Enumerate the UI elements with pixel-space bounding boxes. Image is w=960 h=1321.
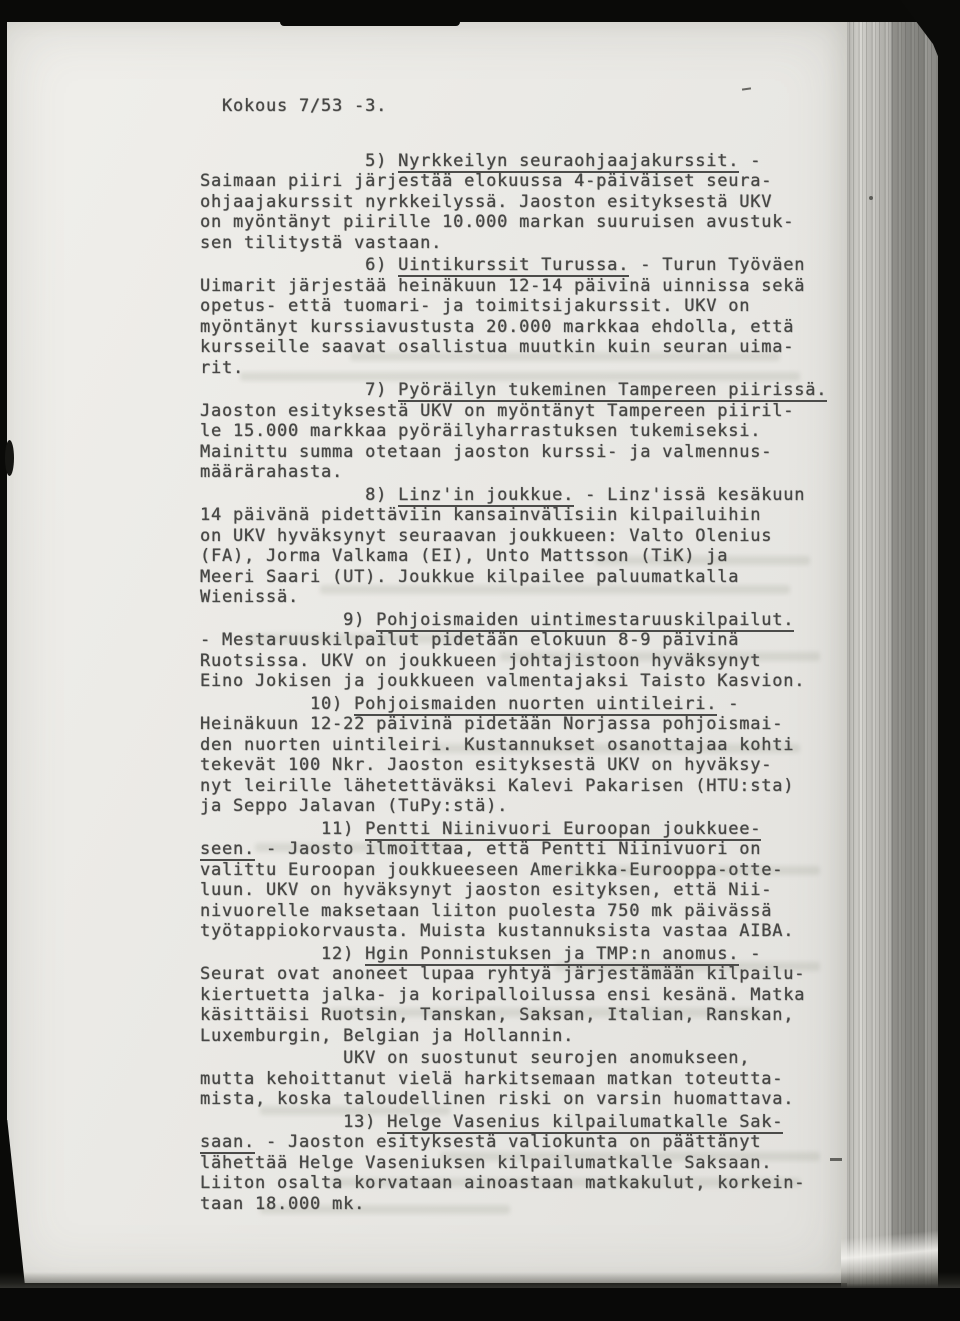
underlined-heading: Helge Vasenius kilpailumatkalle Sak- xyxy=(387,1112,783,1134)
text-line: 13) Helge Vasenius kilpailumatkalle Sak- xyxy=(200,1112,860,1133)
text-line: saan. - Jaoston esityksestä valiokunta o… xyxy=(200,1132,860,1153)
paragraph: 10) Pohjoismaiden nuorten uintileiri. -H… xyxy=(200,694,860,817)
text-line: le 15.000 markkaa pyöräilyharrastuksen t… xyxy=(200,421,860,442)
paragraph: 7) Pyöräilyn tukeminen Tampereen piiriss… xyxy=(200,380,860,483)
page-number-header: Kokous 7/53 -3. xyxy=(222,96,860,117)
text-line: Eino Jokisen ja joukkueen valmentajaksi … xyxy=(200,671,860,692)
text-line: UKV on suostunut seurojen anomukseen, xyxy=(200,1048,860,1069)
text-line: (FA), Jorma Valkama (EI), Unto Mattsson … xyxy=(200,546,860,567)
paragraph: 6) Uintikurssit Turussa. - Turun Työväen… xyxy=(200,255,860,378)
document-body: 5) Nyrkkeilyn seuraohjaajakurssit. -Saim… xyxy=(200,151,860,1215)
text-line: 10) Pohjoismaiden nuorten uintileiri. - xyxy=(200,694,860,715)
paragraph: 9) Pohjoismaiden uintimestaruuskilpailut… xyxy=(200,610,860,692)
text-line: opetus- että tuomari- ja toimitsijakurss… xyxy=(200,296,860,317)
text-line: mutta kehoittanut vielä harkitsemaan mat… xyxy=(200,1069,860,1090)
text-line: mista, koska taloudellinen riski on vars… xyxy=(200,1089,860,1110)
text-line: Jaoston esityksestä UKV on myöntänyt Tam… xyxy=(200,401,860,422)
text-line: kursseille saavat osallistua muutkin kui… xyxy=(200,337,860,358)
paragraph: 12) Hgin Ponnistuksen ja TMP:n anomus. -… xyxy=(200,944,860,1047)
text-line: käsittäisi Ruotsin, Tanskan, Saksan, Ita… xyxy=(200,1005,860,1026)
text-line: rit. xyxy=(200,358,860,379)
text-line: Liiton osalta korvataan ainoastaan matka… xyxy=(200,1173,860,1194)
text-line: on myöntänyt piirille 10.000 markan suur… xyxy=(200,212,860,233)
text-line: sen tilitystä vastaan. xyxy=(200,233,860,254)
underlined-heading: Pohjoismaiden nuorten uintileiri. xyxy=(354,694,717,716)
underlined-heading: Nyrkkeilyn seuraohjaajakurssit. xyxy=(398,151,739,173)
text-line: kiertuetta jalka- ja koripalloilussa ens… xyxy=(200,985,860,1006)
text-line: työtappiokorvausta. Muista kustannuksist… xyxy=(200,921,860,942)
scan-speck xyxy=(869,196,873,200)
underlined-heading: Linz'in joukkue. xyxy=(398,485,574,507)
text-line: Luxemburgin, Belgian ja Hollannin. xyxy=(200,1026,860,1047)
text-line: 6) Uintikurssit Turussa. - Turun Työväen xyxy=(200,255,860,276)
text-line: 11) Pentti Niinivuori Euroopan joukkuee- xyxy=(200,819,860,840)
text-line: myöntänyt kurssiavustusta 20.000 markkaa… xyxy=(200,317,860,338)
scan-border-top xyxy=(0,0,960,22)
underlined-heading: Hgin Ponnistuksen ja TMP:n anomus. xyxy=(365,944,739,966)
text-line: Uimarit järjestää heinäkuun 12-14 päivin… xyxy=(200,276,860,297)
text-line: Heinäkuun 12-22 päivinä pidetään Norjass… xyxy=(200,714,860,735)
text-line: seen. - Jaosto ilmoittaa, että Pentti Ni… xyxy=(200,839,860,860)
text-line: 12) Hgin Ponnistuksen ja TMP:n anomus. - xyxy=(200,944,860,965)
text-line: Ruotsissa. UKV on joukkueen johtajistoon… xyxy=(200,651,860,672)
text-line: 5) Nyrkkeilyn seuraohjaajakurssit. - xyxy=(200,151,860,172)
underlined-heading: Pohjoismaiden uintimestaruuskilpailut. xyxy=(376,610,794,632)
underlined-heading: saan. xyxy=(200,1132,255,1154)
text-line: - Mestaruuskilpailut pidetään elokuun 8-… xyxy=(200,630,860,651)
underlined-heading: Uintikurssit Turussa. xyxy=(398,255,629,277)
text-line: on UKV hyväksynyt seuraavan joukkueen: V… xyxy=(200,526,860,547)
text-line: Seurat ovat anoneet lupaa ryhtyä järjest… xyxy=(200,964,860,985)
text-line: Saimaan piiri järjestää elokuussa 4-päiv… xyxy=(200,171,860,192)
text-line: ja Seppo Jalavan (TuPy:stä). xyxy=(200,796,860,817)
text-line: 8) Linz'in joukkue. - Linz'issä kesäkuun xyxy=(200,485,860,506)
text-line: nyt leirille lähetettäväksi Kalevi Pakar… xyxy=(200,776,860,797)
text-line: valittu Euroopan joukkueeseen Amerikka-E… xyxy=(200,860,860,881)
paragraph: 5) Nyrkkeilyn seuraohjaajakurssit. -Saim… xyxy=(200,151,860,254)
underlined-heading: Pyöräilyn tukeminen Tampereen piirissä. xyxy=(398,380,827,402)
underlined-heading: Pentti Niinivuori Euroopan joukkuee- xyxy=(365,819,761,841)
paragraph: 13) Helge Vasenius kilpailumatkalle Sak-… xyxy=(200,1112,860,1215)
text-line: Mainittu summa otetaan jaoston kurssi- j… xyxy=(200,442,860,463)
text-line: määrärahasta. xyxy=(200,462,860,483)
text-line: nivuorelle maksetaan liiton puolesta 750… xyxy=(200,901,860,922)
text-line: lähettää Helge Vaseniuksen kilpailumatka… xyxy=(200,1153,860,1174)
typewritten-text: Kokous 7/53 -3. 5) Nyrkkeilyn seuraohjaa… xyxy=(200,96,860,1216)
text-line: ohjaajakurssit nyrkkeilyssä. Jaoston esi… xyxy=(200,192,860,213)
text-line: taan 18.000 mk. xyxy=(200,1194,860,1215)
text-line: 14 päivänä pidettäviin kansainvälisiin k… xyxy=(200,505,860,526)
text-line: Meeri Saari (UT). Joukkue kilpailee palu… xyxy=(200,567,860,588)
text-line: Wienissä. xyxy=(200,587,860,608)
text-line: luun. UKV on hyväksynyt jaoston esitykse… xyxy=(200,880,860,901)
paragraph: 11) Pentti Niinivuori Euroopan joukkuee-… xyxy=(200,819,860,942)
underlined-heading: seen. xyxy=(200,839,255,861)
paragraph: UKV on suostunut seurojen anomukseen,mut… xyxy=(200,1048,860,1110)
text-line: 9) Pohjoismaiden uintimestaruuskilpailut… xyxy=(200,610,860,631)
text-line: tekevät 100 Nkr. Jaoston esityksestä UKV… xyxy=(200,755,860,776)
paragraph: 8) Linz'in joukkue. - Linz'issä kesäkuun… xyxy=(200,485,860,608)
scan-speck xyxy=(830,1158,842,1161)
book-page-edges xyxy=(847,18,939,1294)
text-line: den nuorten uintileiri. Kustannukset osa… xyxy=(200,735,860,756)
scan-border-right xyxy=(938,0,960,1321)
scan-border-bottom xyxy=(0,1288,960,1321)
text-line: 7) Pyöräilyn tukeminen Tampereen piiriss… xyxy=(200,380,860,401)
